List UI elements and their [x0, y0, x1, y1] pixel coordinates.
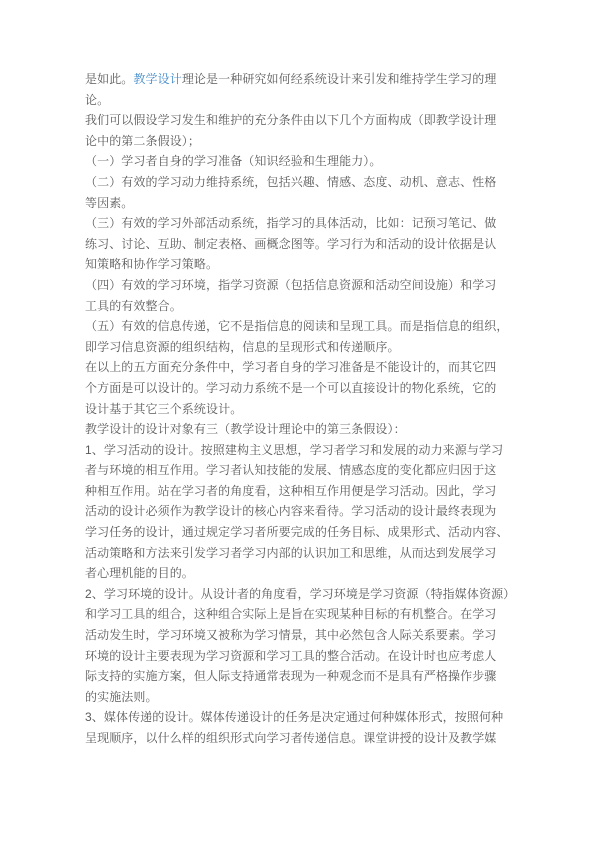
text-segment: （五）有效的信息传递，它不是指信息的阅读和呈现工具。而是指信息的组织，	[85, 319, 509, 333]
text-line: （四）有效的学习环境，指学习资源（包括信息资源和活动空间设施）和学习	[85, 275, 525, 296]
text-segment: 理论是一种研究如何经系统设计来引发和维持学生学习的理	[182, 72, 497, 86]
text-segment: 活动发生时，学习环境又被称为学习情景，其中必然包含人际关系要素。学习	[85, 628, 496, 642]
text-line: 论中的第二条假设）；	[85, 131, 525, 152]
text-line: 个方面是可以设计的。学习动力系统不是一个可以直接设计的物化系统，它的	[85, 378, 525, 399]
text-segment: 学习任务的设计，通过规定学习者所要完成的任务目标、成果形式、活动内容、	[85, 525, 509, 539]
inline-link[interactable]: 教学设计	[133, 72, 181, 86]
text-segment: 3、媒体传递的设计。媒体传递设计的任务是决定通过何种媒体形式，按照何种	[85, 710, 503, 724]
text-line: 我们可以假设学习发生和维护的充分条件由以下几个方面构成（即教学设计理	[85, 110, 525, 131]
text-line: （二）有效的学习动力维持系统，包括兴趣、情感、态度、动机、意志、性格	[85, 172, 525, 193]
text-segment: 者与环境的相互作用。学习者认知技能的发展、情感态度的变化都应归因于这	[85, 463, 496, 477]
text-line: 教学设计的设计对象有三（教学设计理论中的第三条假设）：	[85, 419, 525, 440]
text-line: 练习、讨论、互助、制定表格、画概念图等。学习行为和活动的设计依据是认	[85, 234, 525, 255]
text-segment: 者心理机能的目的。	[85, 566, 194, 580]
text-line: 学习任务的设计，通过规定学习者所要完成的任务目标、成果形式、活动内容、	[85, 522, 525, 543]
text-segment: 即学习信息资源的组织结构，信息的呈现形式和传递顺序。	[85, 340, 400, 354]
text-segment: 活动策略和方法来引发学习者学习内部的认识加工和思维，从而达到发展学习	[85, 546, 496, 560]
text-segment: 设计基于其它三个系统设计。	[85, 402, 242, 416]
text-segment: 教学设计的设计对象有三（教学设计理论中的第三条假设）：	[85, 422, 406, 436]
text-segment: 的实施法则。	[85, 690, 158, 704]
text-line: 知策略和协作学习策略。	[85, 254, 525, 275]
text-line: 活动策略和方法来引发学习者学习内部的认识加工和思维，从而达到发展学习	[85, 543, 525, 564]
text-segment: 个方面是可以设计的。学习动力系统不是一个可以直接设计的物化系统，它的	[85, 381, 496, 395]
text-line: （一）学习者自身的学习准备（知识经验和生理能力）。	[85, 151, 525, 172]
text-line: 呈现顺序，以什么样的组织形式向学习者传递信息。课堂讲授的设计及教学媒	[85, 728, 525, 749]
text-segment: 是如此。	[85, 72, 133, 86]
text-segment: （二）有效的学习动力维持系统，包括兴趣、情感、态度、动机、意志、性格	[85, 175, 496, 189]
text-line: 2、学习环境的设计。从设计者的角度看，学习环境是学习资源（特指媒体资源）	[85, 584, 525, 605]
text-segment: 1、学习活动的设计。按照建构主义思想，学习者学习和发展的动力来源与学习	[85, 443, 503, 457]
text-line: 等因素。	[85, 193, 525, 214]
text-line: 3、媒体传递的设计。媒体传递设计的任务是决定通过何种媒体形式，按照何种	[85, 707, 525, 728]
text-segment: 活动的设计必须作为教学设计的核心内容来看待。学习活动的设计最终表现为	[85, 504, 496, 518]
text-segment: （三）有效的学习外部活动系统，指学习的具体活动，比如：记预习笔记、做	[85, 216, 496, 230]
text-segment: （四）有效的学习环境，指学习资源（包括信息资源和活动空间设施）和学习	[85, 278, 496, 292]
text-segment: 际支持的实施方案，但人际支持通常表现为一种观念而不是具有严格操作步骤	[85, 669, 496, 683]
text-line: 者与环境的相互作用。学习者认知技能的发展、情感态度的变化都应归因于这	[85, 460, 525, 481]
text-segment: 呈现顺序，以什么样的组织形式向学习者传递信息。课堂讲授的设计及教学媒	[85, 731, 496, 745]
document-text-block: 是如此。教学设计理论是一种研究如何经系统设计来引发和维持学生学习的理论。我们可以…	[85, 69, 525, 749]
text-segment: 论中的第二条假设）；	[85, 134, 200, 148]
text-line: 设计基于其它三个系统设计。	[85, 399, 525, 420]
text-line: 种相互作用。站在学习者的角度看，这种相互作用便是学习活动。因此，学习	[85, 481, 525, 502]
text-segment: 种相互作用。站在学习者的角度看，这种相互作用便是学习活动。因此，学习	[85, 484, 496, 498]
text-line: 的实施法则。	[85, 687, 525, 708]
document-page: 是如此。教学设计理论是一种研究如何经系统设计来引发和维持学生学习的理论。我们可以…	[0, 0, 595, 842]
text-line: 1、学习活动的设计。按照建构主义思想，学习者学习和发展的动力来源与学习	[85, 440, 525, 461]
text-line: 工具的有效整合。	[85, 296, 525, 317]
text-line: 环境的设计主要表现为学习资源和学习工具的整合活动。在设计时也应考虑人	[85, 646, 525, 667]
text-line: 活动的设计必须作为教学设计的核心内容来看待。学习活动的设计最终表现为	[85, 501, 525, 522]
text-line: （五）有效的信息传递，它不是指信息的阅读和呈现工具。而是指信息的组织，	[85, 316, 525, 337]
text-line: 即学习信息资源的组织结构，信息的呈现形式和传递顺序。	[85, 337, 525, 358]
text-line: 是如此。教学设计理论是一种研究如何经系统设计来引发和维持学生学习的理	[85, 69, 525, 90]
text-line: 者心理机能的目的。	[85, 563, 525, 584]
text-line: 在以上的五方面充分条件中，学习者自身的学习准备是不能设计的，而其它四	[85, 357, 525, 378]
text-segment: 等因素。	[85, 196, 133, 210]
text-segment: 练习、讨论、互助、制定表格、画概念图等。学习行为和活动的设计依据是认	[85, 237, 496, 251]
text-segment: 知策略和协作学习策略。	[85, 257, 218, 271]
text-line: 论。	[85, 90, 525, 111]
text-segment: 工具的有效整合。	[85, 299, 182, 313]
text-segment: 环境的设计主要表现为学习资源和学习工具的整合活动。在设计时也应考虑人	[85, 649, 496, 663]
text-line: 和学习工具的组合，这种组合实际上是旨在实现某种目标的有机整合。在学习	[85, 604, 525, 625]
text-line: 活动发生时，学习环境又被称为学习情景，其中必然包含人际关系要素。学习	[85, 625, 525, 646]
text-segment: 和学习工具的组合，这种组合实际上是旨在实现某种目标的有机整合。在学习	[85, 607, 496, 621]
text-segment: 我们可以假设学习发生和维护的充分条件由以下几个方面构成（即教学设计理	[85, 113, 496, 127]
text-segment: 2、学习环境的设计。从设计者的角度看，学习环境是学习资源（特指媒体资源）	[85, 587, 515, 601]
text-line: 际支持的实施方案，但人际支持通常表现为一种观念而不是具有严格操作步骤	[85, 666, 525, 687]
text-segment: 在以上的五方面充分条件中，学习者自身的学习准备是不能设计的，而其它四	[85, 360, 496, 374]
text-segment: 论。	[85, 93, 109, 107]
text-segment: （一）学习者自身的学习准备（知识经验和生理能力）。	[85, 154, 382, 168]
text-line: （三）有效的学习外部活动系统，指学习的具体活动，比如：记预习笔记、做	[85, 213, 525, 234]
